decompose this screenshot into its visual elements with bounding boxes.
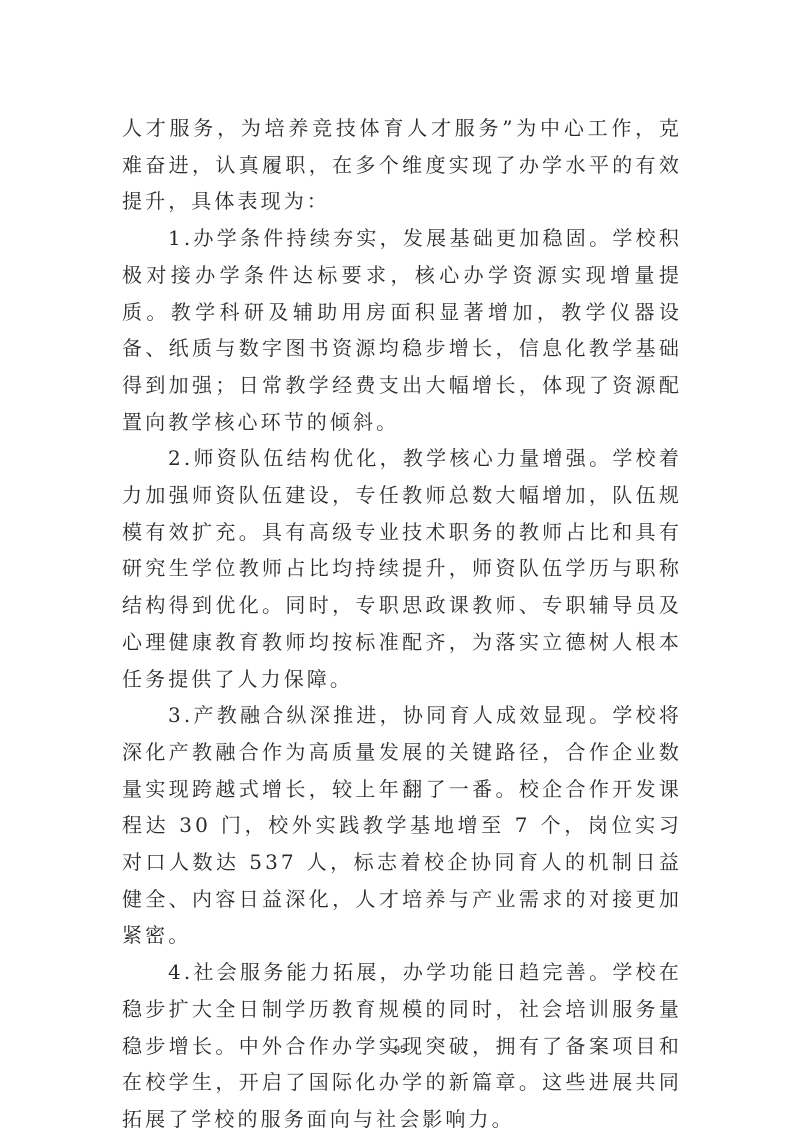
paragraph-intro-continuation: 人才服务，为培养竞技体育人才服务”为中心工作，克难奋进，认真履职，在多个维度实现… [122,110,682,220]
page-number: 95 [0,1044,800,1056]
paragraph-item-3-industry-education: 3.产教融合纵深推进，协同育人成效显现。学校将深化产教融合作为高质量发展的关键路… [122,697,682,954]
paragraph-item-2-teaching-staff: 2.师资队伍结构优化，教学核心力量增强。学校着力加强师资队伍建设，专任教师总数大… [122,440,682,697]
paragraph-item-4-social-service: 4.社会服务能力拓展，办学功能日趋完善。学校在稳步扩大全日制学历教育规模的同时，… [122,954,682,1131]
paragraph-item-1-school-conditions: 1.办学条件持续夯实，发展基础更加稳固。学校积极对接办学条件达标要求，核心办学资… [122,220,682,440]
document-page-body: 人才服务，为培养竞技体育人才服务”为中心工作，克难奋进，认真履职，在多个维度实现… [122,110,682,1131]
